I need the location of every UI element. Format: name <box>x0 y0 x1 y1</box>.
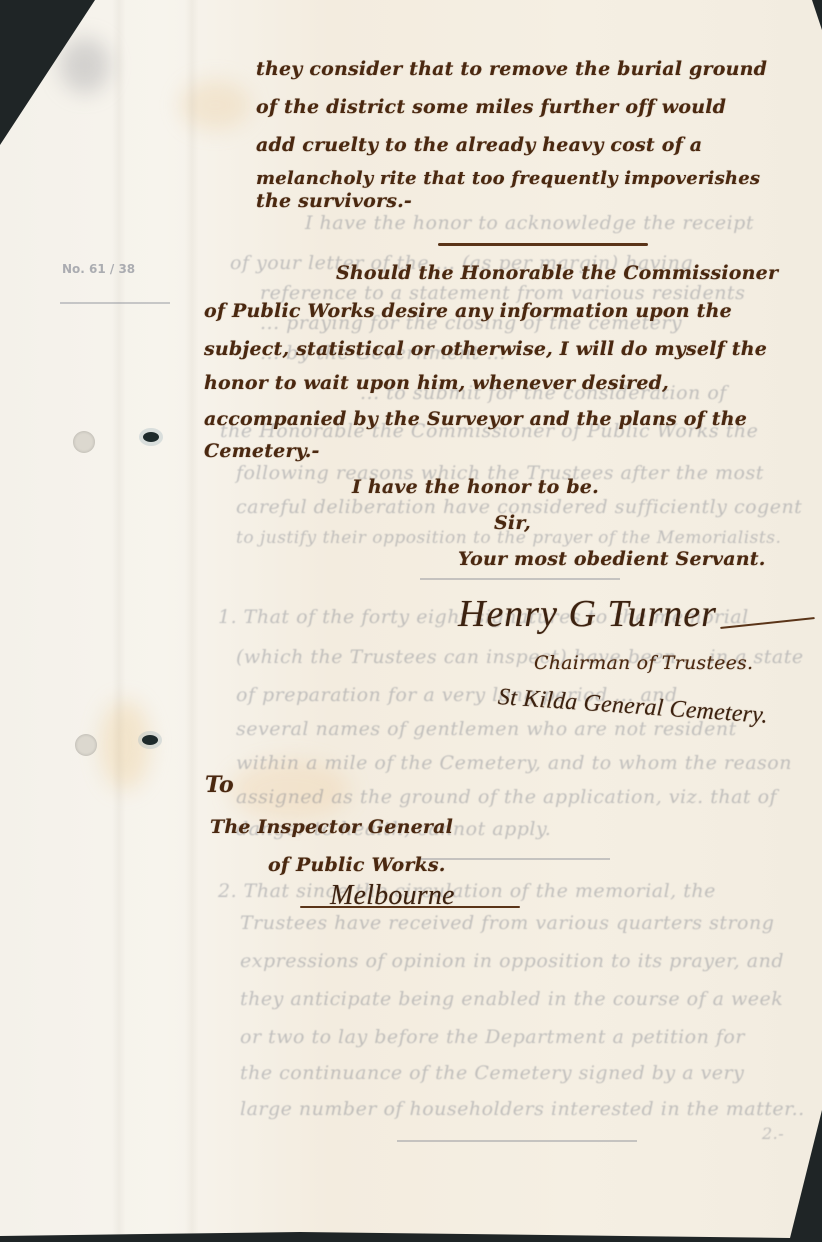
body-line: of Public Works desire any information u… <box>204 300 732 322</box>
closing-salutation: Sir, <box>494 512 531 534</box>
page-marker: 2.- <box>762 1124 784 1143</box>
bleed-through-line: within a mile of the Cemetery, and to wh… <box>236 752 792 774</box>
bleed-through-line: or two to lay before the Department a pe… <box>240 1026 745 1048</box>
bleed-through-rule <box>420 858 610 860</box>
margin-reference-note: No. 61 / 38 <box>62 262 135 276</box>
bleed-through-line: they anticipate being enabled in the cou… <box>240 988 783 1010</box>
signature-name: Henry G Turner <box>458 592 717 636</box>
bleed-through-line: assigned as the ground of the applicatio… <box>236 786 777 808</box>
body-line: subject, statistical or otherwise, I wil… <box>204 338 767 360</box>
section-divider <box>438 243 648 246</box>
bleed-through-line: Trustees have received from various quar… <box>240 912 774 934</box>
addressee-line: of Public Works. <box>268 854 446 876</box>
body-line: Should the Honorable the Commissioner <box>336 262 778 284</box>
punch-hole <box>75 734 97 756</box>
city-underline <box>300 906 520 908</box>
fold-line <box>185 0 199 1242</box>
bleed-through-line: 2. That since the circulation of the mem… <box>218 880 716 902</box>
bleed-through-line: the continuance of the Cemetery signed b… <box>240 1062 744 1084</box>
punch-hole-dark <box>143 432 159 442</box>
body-line: the survivors.- <box>256 190 412 212</box>
body-line: Cemetery.- <box>204 440 320 462</box>
bleed-through-rule <box>397 1140 637 1142</box>
document-page: No. 61 / 38 I have the honor to acknowle… <box>0 0 822 1242</box>
addressee-to: To <box>205 772 234 798</box>
body-line: add cruelty to the already heavy cost of… <box>256 134 702 156</box>
fold-line <box>112 0 126 1242</box>
body-line: they consider that to remove the burial … <box>256 58 767 80</box>
bleed-through-line: large number of householders interested … <box>240 1098 805 1120</box>
closing-line: I have the honor to be. <box>352 476 599 498</box>
bleed-through-rule <box>420 578 620 580</box>
body-line: accompanied by the Surveyor and the plan… <box>204 408 747 430</box>
bleed-through-line: I have the honor to acknowledge the rece… <box>305 212 754 234</box>
punch-hole <box>73 431 95 453</box>
grey-stain <box>60 38 110 93</box>
body-line: melancholy rite that too frequently impo… <box>256 168 760 189</box>
signature-title: Chairman of Trustees. <box>534 652 753 674</box>
closing-line: Your most obedient Servant. <box>458 548 766 570</box>
bleed-through-line: expressions of opinion in opposition to … <box>240 950 784 972</box>
addressee-line: The Inspector General <box>210 816 453 838</box>
punch-hole-dark <box>142 735 158 745</box>
body-line: honor to wait upon him, whenever desired… <box>204 372 669 394</box>
body-line: of the district some miles further off w… <box>256 96 726 118</box>
margin-rule <box>60 302 170 304</box>
